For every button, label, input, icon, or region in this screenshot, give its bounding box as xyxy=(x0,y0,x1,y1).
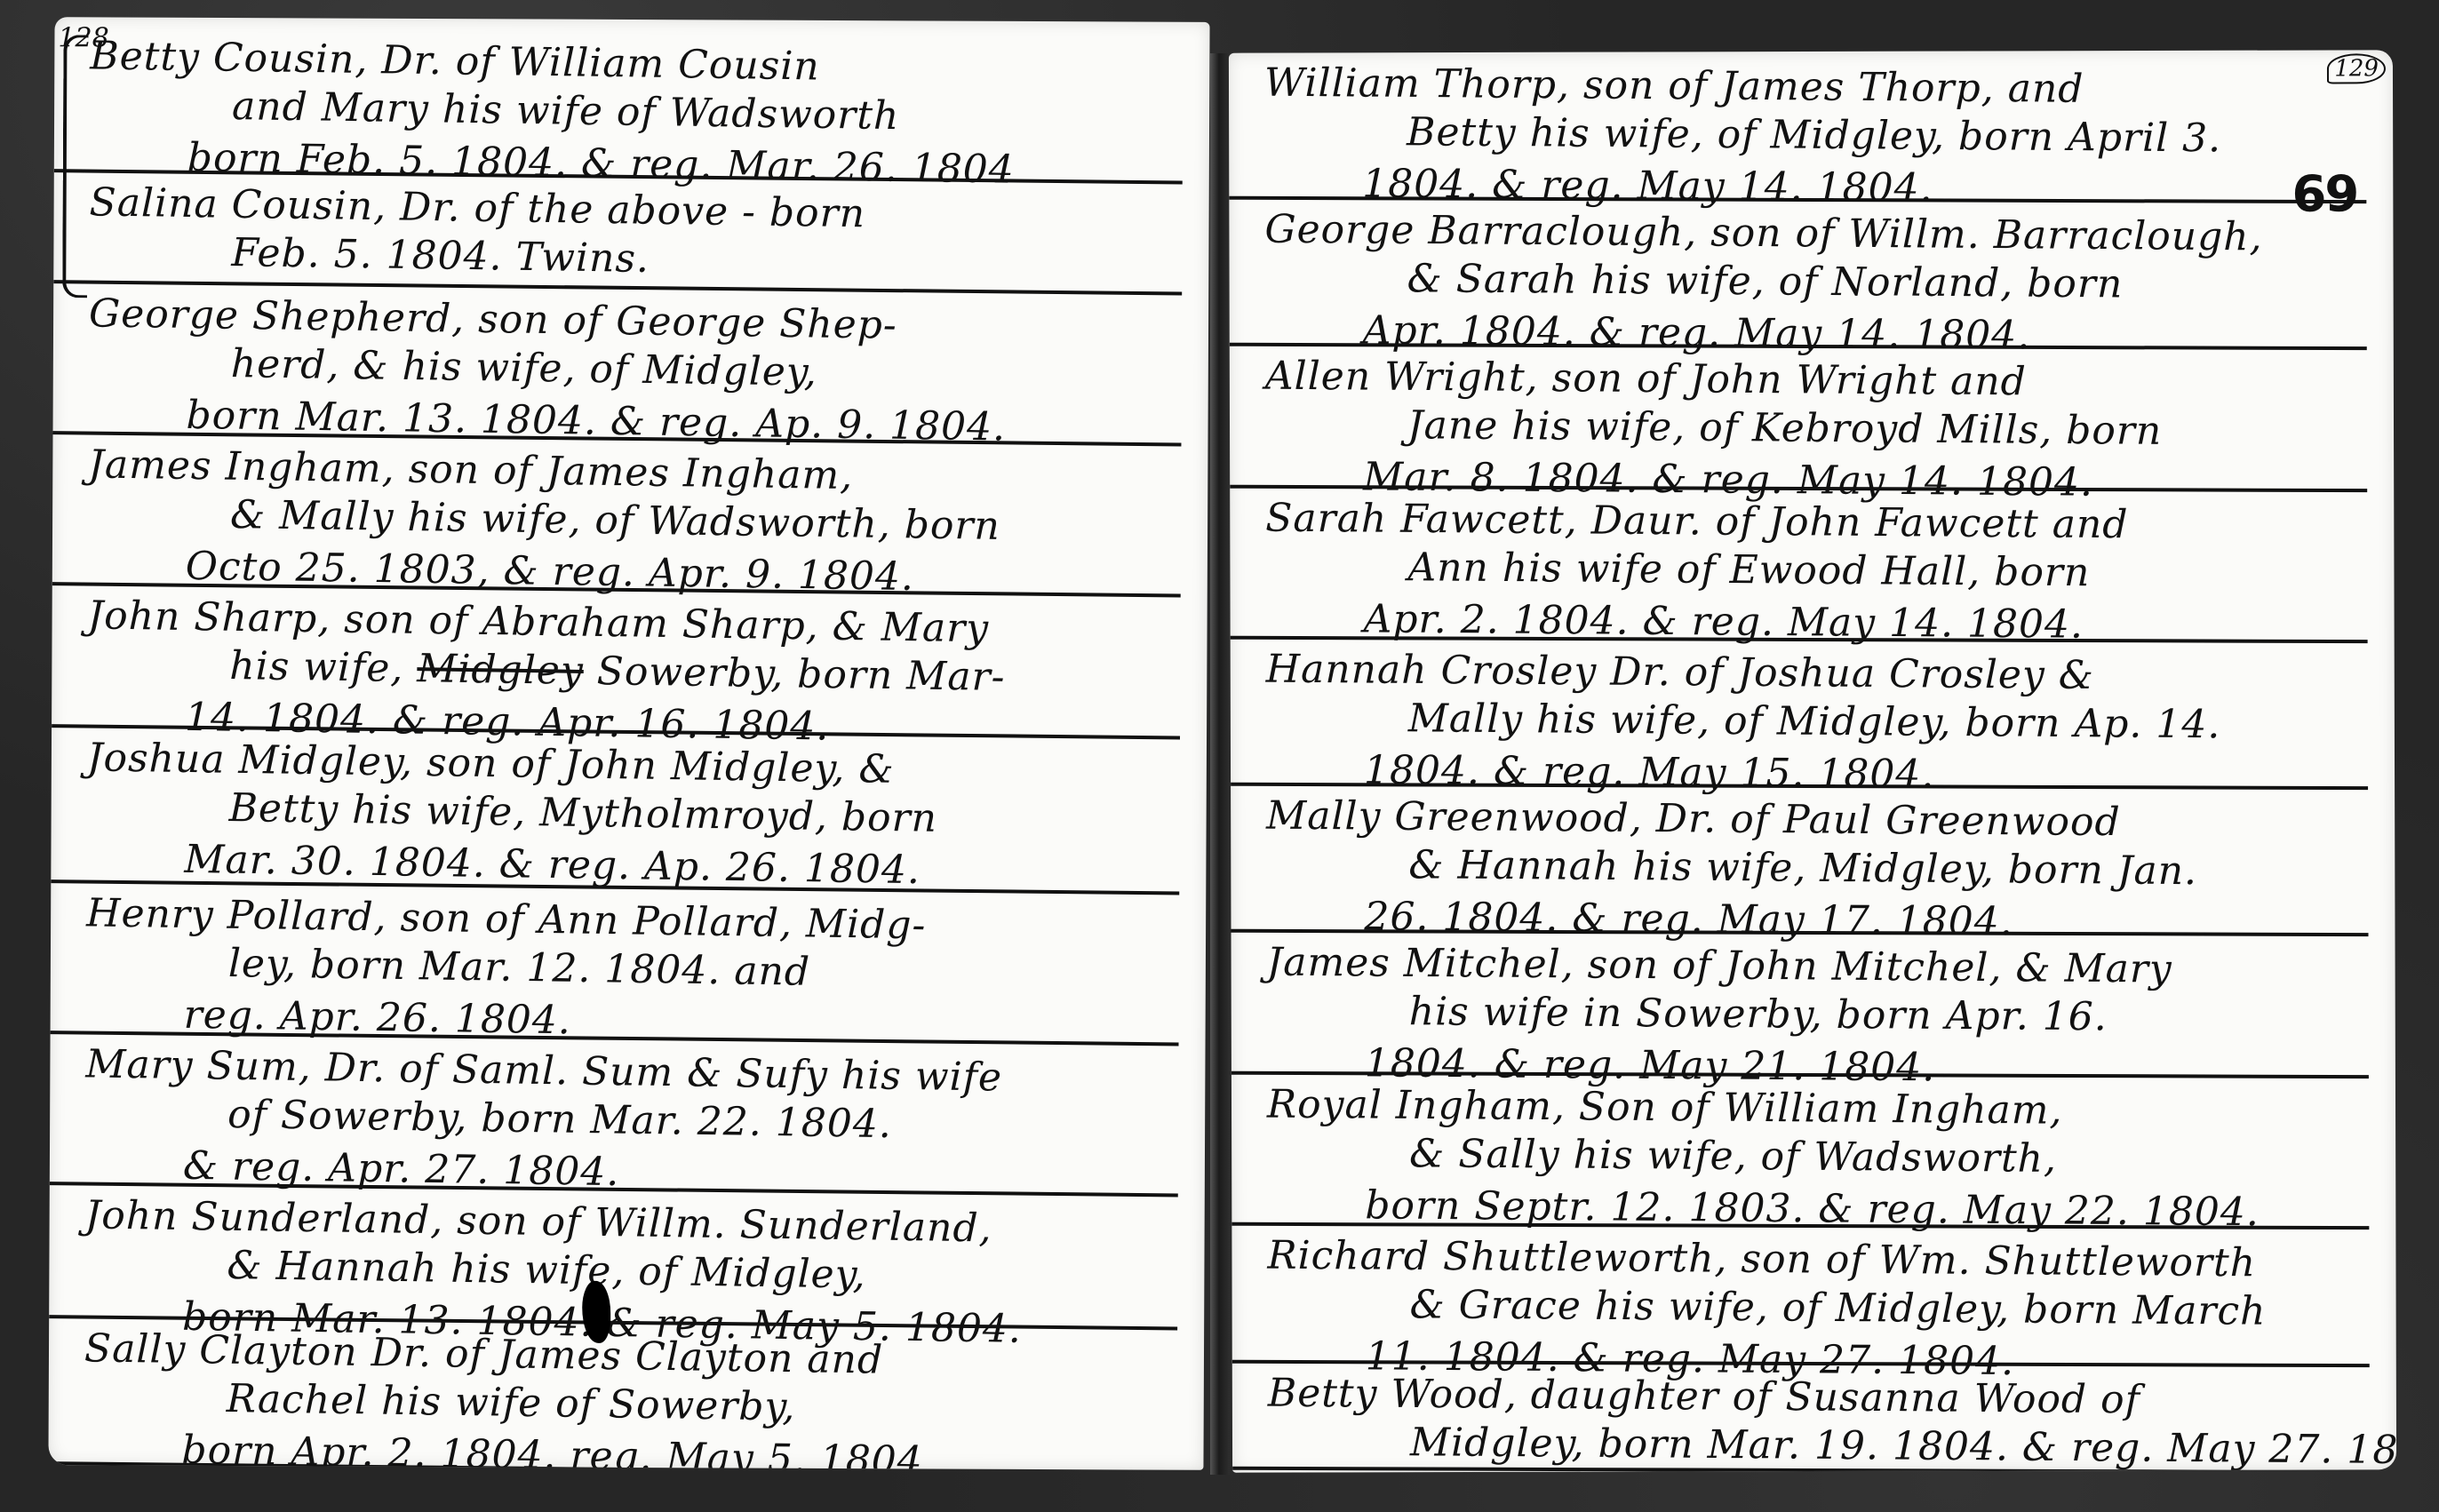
register-entry: Sarah Fawcett, Daur. of John Fawcett and… xyxy=(1230,485,2394,639)
entry-detail-line: his wife in Sowerby, born Apr. 16. xyxy=(1409,989,2108,1039)
entry-detail-line: & Hannah his wife, of Midgley, xyxy=(227,1243,866,1298)
register-entry: George Shepherd, son of George Shep-herd… xyxy=(53,283,1209,440)
register-entry: Sally Clayton Dr. of James Clayton andRa… xyxy=(48,1318,1204,1470)
entry-name-line: James Ingham, son of James Ingham, xyxy=(88,442,854,498)
entry-name-line: Richard Shuttleworth, son of Wm. Shuttle… xyxy=(1267,1233,2256,1286)
entry-detail-line: & Grace his wife, of Midgley, born March xyxy=(1409,1282,2266,1334)
entry-name-line: Allen Wright, son of John Wright and xyxy=(1265,354,2027,405)
register-entry: Richard Shuttleworth, son of Wm. Shuttle… xyxy=(1231,1222,2395,1363)
register-entry: John Sharp, son of Abraham Sharp, & Mary… xyxy=(52,585,1208,733)
register-entry: Henry Pollard, son of Ann Pollard, Midg-… xyxy=(51,883,1207,1039)
register-entry: Allen Wright, son of John Wright andJane… xyxy=(1230,343,2394,488)
register-entry: George Barraclough, son of Willm. Barrac… xyxy=(1229,196,2393,346)
book-gutter xyxy=(1210,53,1230,1475)
register-entry: Betty Cousin, Dr. of William Cousinand M… xyxy=(54,26,1210,178)
entry-detail-line: & Hannah his wife, Midgley, born Jan. xyxy=(1408,842,2197,894)
entry-detail-line: Betty his wife, Mytholmroyd, born xyxy=(228,785,937,841)
register-entry: John Sunderland, son of Willm. Sunderlan… xyxy=(49,1185,1205,1324)
entry-name-line: Betty Wood, daughter of Susanna Wood of xyxy=(1268,1371,2140,1423)
entry-detail-line: and Mary his wife of Wadsworth xyxy=(232,84,900,139)
entry-name-line: William Thorp, son of James Thorp, and xyxy=(1264,60,2084,112)
register-entry: Royal Ingham, Son of William Ingham,& Sa… xyxy=(1231,1071,2395,1225)
entry-detail-line: ley, born Mar. 12. 1804. and xyxy=(228,941,811,995)
struck-word: Midgley xyxy=(417,646,584,694)
entry-name-line: Royal Ingham, Son of William Ingham, xyxy=(1267,1082,2063,1134)
entry-name-line: James Mitchel, son of John Mitchel, & Ma… xyxy=(1266,940,2172,992)
register-entry: James Mitchel, son of John Mitchel, & Ma… xyxy=(1231,929,2395,1074)
entry-name-line: Henry Pollard, son of Ann Pollard, Midg- xyxy=(86,890,927,948)
entry-name-line: Mary Sum, Dr. of Saml. Sum & Sufy his wi… xyxy=(85,1041,1002,1100)
register-entry: William Thorp, son of James Thorp, andBe… xyxy=(1229,50,2393,199)
entry-name-line: Betty Cousin, Dr. of William Cousin xyxy=(90,33,820,89)
left-page: 128 Betty Cousin, Dr. of William Cousina… xyxy=(48,17,1209,1470)
entry-detail-line: his wife, Midgley Sowerby, born Mar- xyxy=(229,643,1006,700)
right-page: 129 69 William Thorp, son of James Thorp… xyxy=(1229,50,2396,1472)
entry-detail-line: Feb. 5. 1804. Twins. xyxy=(231,230,650,282)
entry-detail-line: & Sally his wife, of Wadsworth, xyxy=(1409,1131,2057,1182)
register-entry: Salina Cousin, Dr. of the above - bornFe… xyxy=(53,172,1209,289)
entry-detail-line: Midgley, born Mar. 19. 1804. & reg. May … xyxy=(1410,1420,2396,1473)
entry-detail-line: & Sarah his wife, of Norland, born xyxy=(1407,256,2123,306)
entry-detail-line: Mally his wife, of Midgley, born Ap. 14. xyxy=(1408,696,2221,747)
entry-name-line: Mally Greenwood, Dr. of Paul Greenwood xyxy=(1266,793,2121,846)
register-entry: Joshua Midgley, son of John Midgley, &Be… xyxy=(51,728,1207,888)
entry-detail-line: & Mally his wife, of Wadsworth, born xyxy=(230,492,1000,549)
register-entry: Betty Wood, daughter of Susanna Wood ofM… xyxy=(1232,1360,2396,1469)
entry-name-line: Hannah Crosley Dr. of Joshua Crosley & xyxy=(1266,647,2095,698)
entry-name-line: Joshua Midgley, son of John Midgley, & xyxy=(87,735,895,792)
entry-name-line: Sally Clayton Dr. of James Clayton and xyxy=(84,1325,884,1382)
entry-name-line: John Sunderland, son of Willm. Sunderlan… xyxy=(84,1192,992,1251)
entry-name-line: Sarah Fawcett, Daur. of John Fawcett and xyxy=(1265,496,2129,548)
entry-detail-line: Rachel his wife of Sowerby, xyxy=(226,1376,795,1430)
entry-detail-line: Ann his wife of Ewood Hall, born xyxy=(1407,545,2090,595)
entry-detail-line: herd, & his wife, of Midgley, xyxy=(230,341,817,395)
entry-name-line: George Barraclough, son of Willm. Barrac… xyxy=(1264,207,2263,260)
entry-name-line: John Sharp, son of Abraham Sharp, & Mary xyxy=(87,593,989,651)
register-entry: James Ingham, son of James Ingham,& Mall… xyxy=(52,434,1208,591)
entry-name-line: Salina Cousin, Dr. of the above - born xyxy=(89,179,865,236)
entry-detail-line: Jane his wife, of Kebroyd Mills, born xyxy=(1407,402,2163,454)
entry-detail-line: Betty his wife, of Midgley, born April 3… xyxy=(1407,109,2221,161)
entry-name-line: George Shepherd, son of George Shep- xyxy=(89,290,897,347)
register-entry: Hannah Crosley Dr. of Joshua Crosley &Ma… xyxy=(1231,636,2395,785)
entry-detail-line: of Sowerby, born Mar. 22. 1804. xyxy=(227,1092,892,1147)
register-entry: Mally Greenwood, Dr. of Paul Greenwood& … xyxy=(1231,783,2395,932)
register-entry: Mary Sum, Dr. of Saml. Sum & Sufy his wi… xyxy=(50,1034,1206,1190)
